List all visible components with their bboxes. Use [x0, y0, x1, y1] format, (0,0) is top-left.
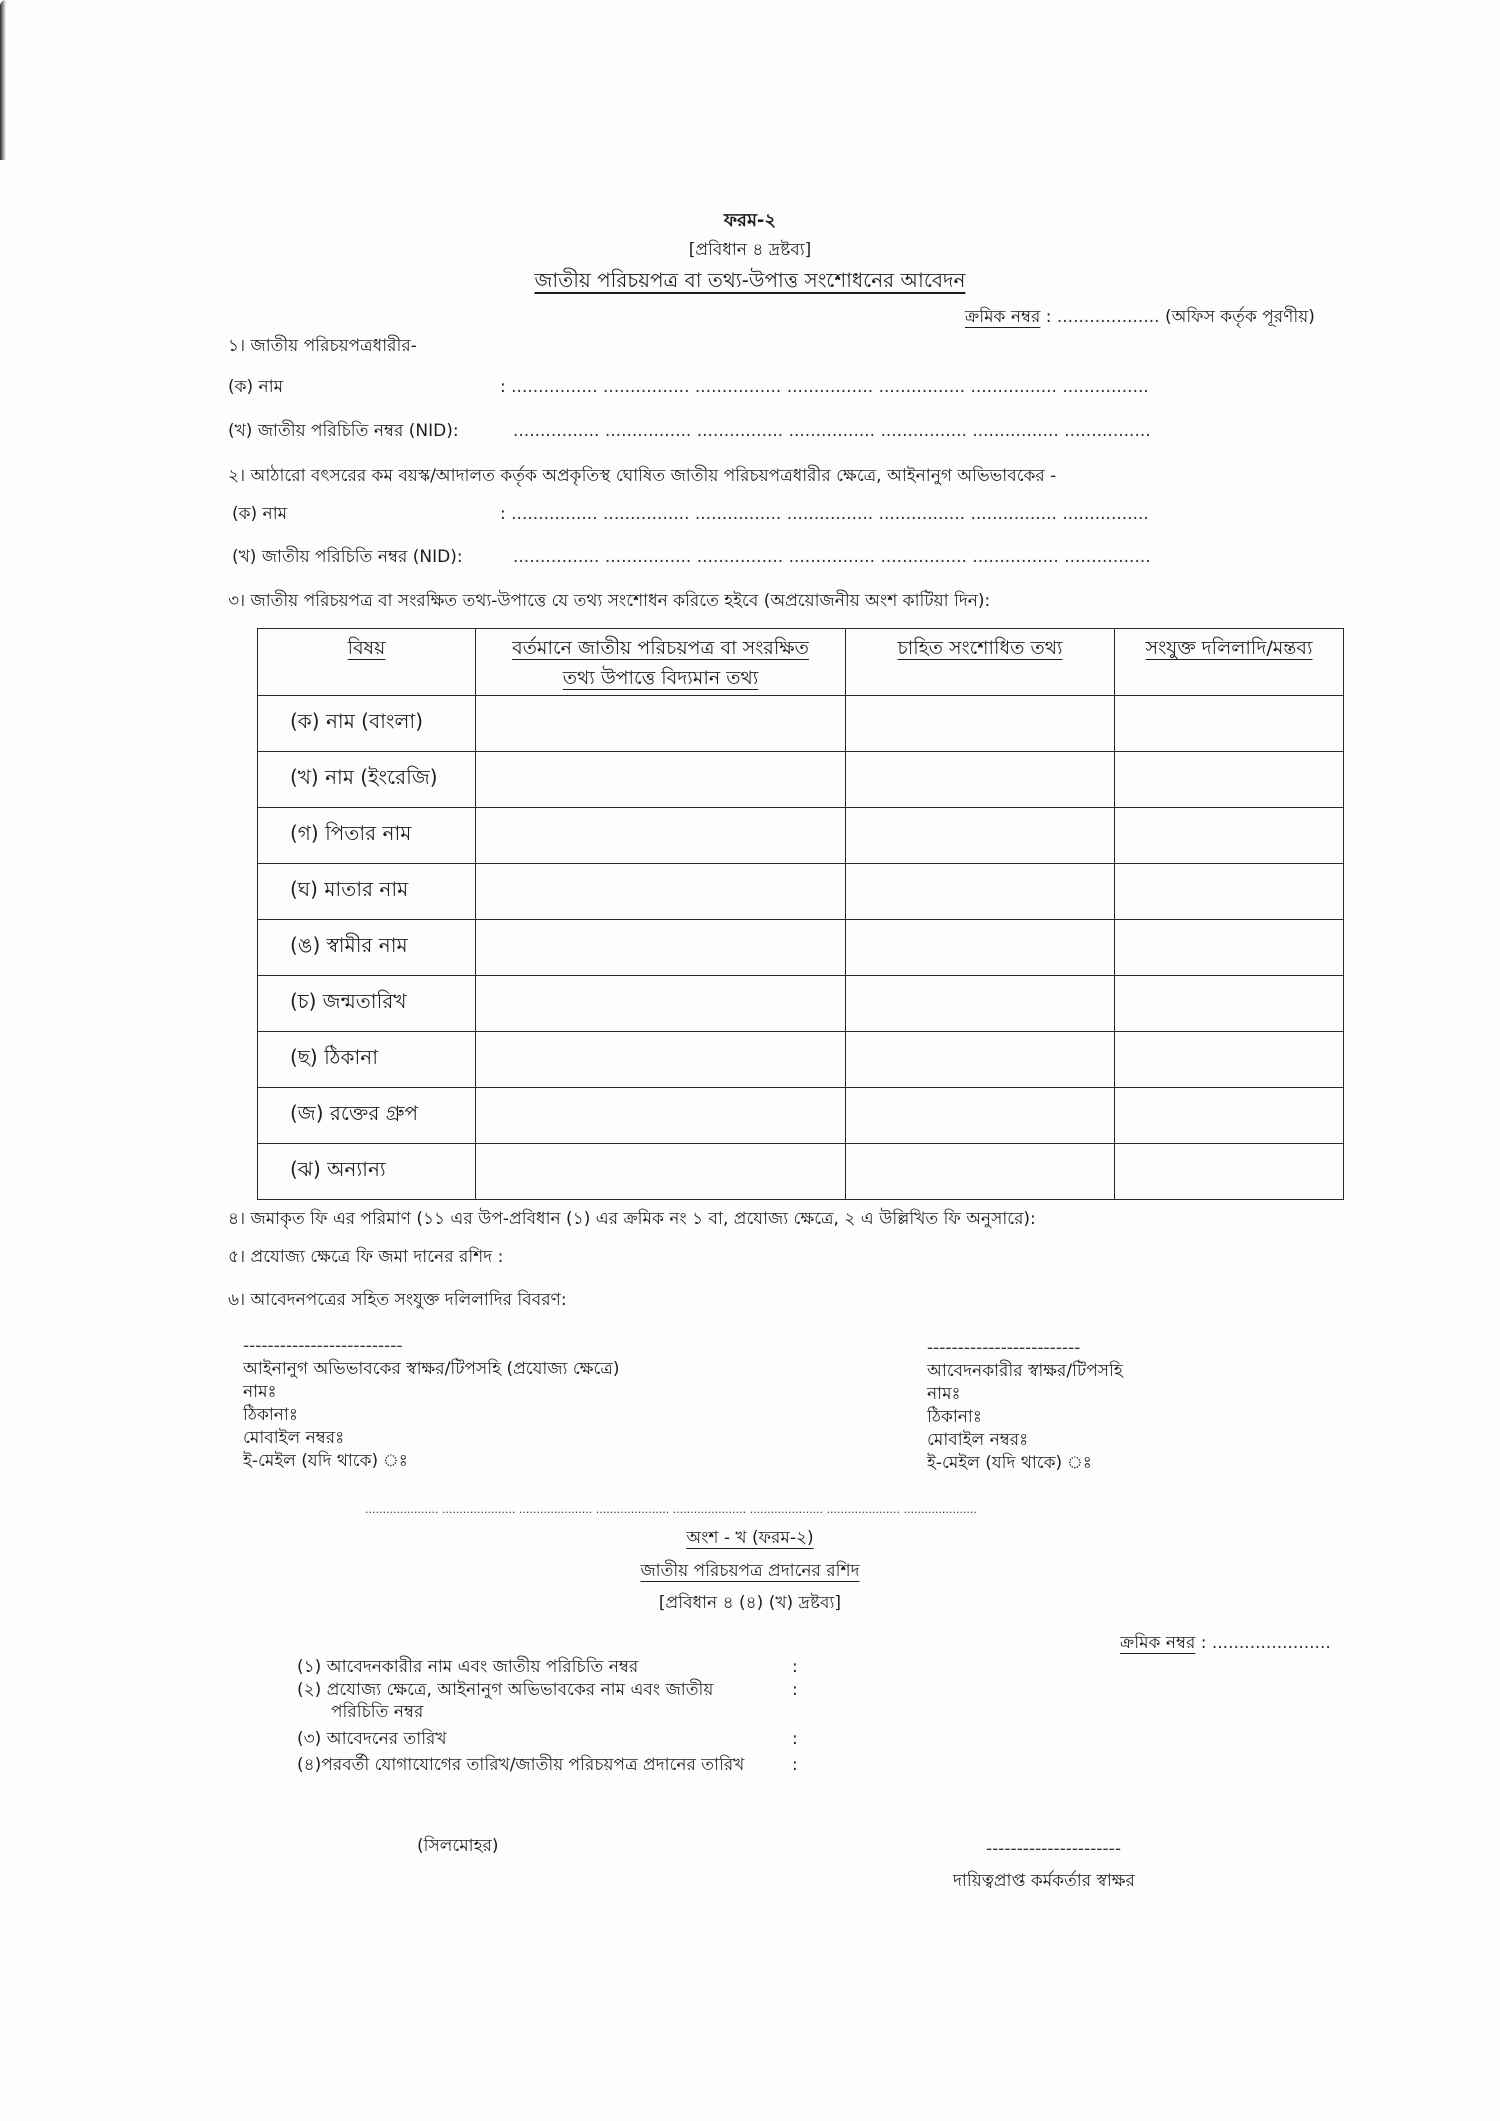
section-5-fee-receipt: ৫। প্রযোজ্য ক্ষেত্রে ফি জমা দানের রশিদ : — [228, 1246, 503, 1268]
receipt-item-application-date: (৩) আবেদনের তারিখ — [297, 1729, 447, 1750]
guardian-name-field-label: নামঃ — [243, 1381, 620, 1404]
existing-info-cell[interactable] — [476, 696, 846, 752]
rule-reference: [প্রবিধান ৪ দ্রষ্টব্য] — [689, 237, 812, 265]
guardian-signature-line[interactable]: -------------------------- — [243, 1335, 620, 1358]
existing-info-cell[interactable] — [476, 920, 846, 976]
table-row: (গ) পিতার নাম — [258, 808, 1344, 864]
seal-label: (সিলমোহর) — [417, 1835, 499, 1857]
applicant-mobile-label: মোবাইল নম্বরঃ — [927, 1429, 1123, 1452]
guardian-email-label: ই-মেইল (যদি থাকে) ঃ — [243, 1450, 620, 1473]
office-use-note: (অফিস কর্তৃক পূরণীয়) — [1160, 307, 1315, 327]
existing-info-cell[interactable] — [476, 864, 846, 920]
applicant-address-label: ঠিকানাঃ — [927, 1406, 1123, 1429]
existing-info-cell[interactable] — [476, 976, 846, 1032]
remarks-cell[interactable] — [1115, 752, 1344, 808]
existing-info-cell[interactable] — [476, 1032, 846, 1088]
section-2-heading: ২। আঠারো বৎসরের কম বয়স্ক/আদালত কর্তৃক অ… — [228, 465, 1056, 487]
receipt-item-delivery-date: (৪)পরবর্তী যোগাযোগের তারিখ/জাতীয় পরিচয়… — [297, 1755, 744, 1776]
row-subject: (ক) নাম (বাংলা) — [258, 696, 476, 752]
column-header-existing-info: বর্তমানে জাতীয় পরিচয়পত্র বা সংরক্ষিত ত… — [476, 629, 846, 696]
remarks-cell[interactable] — [1115, 920, 1344, 976]
receipt-item-guardian-name-nid-cont: পরিচিতি নম্বর — [331, 1702, 423, 1723]
requested-correction-cell[interactable] — [846, 808, 1115, 864]
receipt-item-applicant-name-nid: (১) আবেদনকারীর নাম এবং জাতীয় পরিচিতি নম… — [297, 1657, 638, 1678]
requested-correction-cell[interactable] — [846, 1088, 1115, 1144]
cut-line: ..................... ..................… — [365, 1503, 977, 1516]
existing-info-cell[interactable] — [476, 752, 846, 808]
guardian-mobile-label: মোবাইল নম্বরঃ — [243, 1427, 620, 1450]
requested-correction-cell[interactable] — [846, 920, 1115, 976]
holder-nid-label: (খ) জাতীয় পরিচিতি নম্বর (NID): — [228, 420, 459, 442]
receipt-title: জাতীয় পরিচয়পত্র প্রদানের রশিদ — [640, 1560, 859, 1582]
row-subject: (ঘ) মাতার নাম — [258, 864, 476, 920]
guardian-nid-field[interactable]: ................ ................ ......… — [513, 546, 1151, 568]
holder-name-label: (ক) নাম — [228, 376, 283, 398]
row-subject: (চ) জন্মতারিখ — [258, 976, 476, 1032]
form-number: ফরম-২ — [724, 206, 776, 237]
row-subject: (জ) রক্তের গ্রুপ — [258, 1088, 476, 1144]
amendment-table: বিষয় বর্তমানে জাতীয় পরিচয়পত্র বা সংরক… — [257, 628, 1344, 1200]
requested-correction-cell[interactable] — [846, 864, 1115, 920]
table-row: (ছ) ঠিকানা — [258, 1032, 1344, 1088]
remarks-cell[interactable] — [1115, 1144, 1344, 1200]
section-4-fee-amount: ৪। জমাকৃত ফি এর পরিমাণ (১১ এর উপ-প্রবিধা… — [228, 1208, 1036, 1230]
section-1-heading: ১। জাতীয় পরিচয়পত্রধারীর- — [228, 335, 417, 357]
table-row: (ঘ) মাতার নাম — [258, 864, 1344, 920]
holder-name-field[interactable]: : ................ ................ ....… — [500, 376, 1149, 398]
requested-correction-cell[interactable] — [846, 696, 1115, 752]
officer-signature-label: দায়িত্বপ্রাপ্ত কর্মকর্তার স্বাক্ষর — [953, 1870, 1135, 1892]
guardian-address-label: ঠিকানাঃ — [243, 1404, 620, 1427]
receipt-item-guardian-name-nid: (২) প্রযোজ্য ক্ষেত্রে, আইনানুগ অভিভাবকের… — [297, 1680, 713, 1701]
serial-number-label: ক্রমিক নম্বর — [965, 307, 1040, 327]
remarks-cell[interactable] — [1115, 808, 1344, 864]
table-row: (ঙ) স্বামীর নাম — [258, 920, 1344, 976]
applicant-name-label: নামঃ — [927, 1383, 1123, 1406]
requested-correction-cell[interactable] — [846, 752, 1115, 808]
applicant-signature-line[interactable]: ------------------------- — [927, 1337, 1123, 1360]
column-header-requested-correction: চাহিত সংশোধিত তথ্য — [846, 629, 1115, 696]
row-subject: (ঝ) অন্যান্য — [258, 1144, 476, 1200]
applicant-signature-title: আবেদনকারীর স্বাক্ষর/টিপসহি — [927, 1360, 1123, 1383]
requested-correction-cell[interactable] — [846, 976, 1115, 1032]
form-title: জাতীয় পরিচয়পত্র বা তথ্য-উপাত্ত সংশোধনে… — [535, 266, 966, 299]
officer-signature-line[interactable]: ---------------------- — [986, 1838, 1121, 1860]
receipt-serial-label: ক্রমিক নম্বর — [1120, 1633, 1195, 1653]
receipt-serial-row: ক্রমিক নম্বর : ...................... — [1120, 1632, 1331, 1654]
column-header-subject: বিষয় — [258, 629, 476, 696]
table-row: (জ) রক্তের গ্রুপ — [258, 1088, 1344, 1144]
guardian-signature-title: আইনানুগ অভিভাবকের স্বাক্ষর/টিপসহি (প্রযো… — [243, 1358, 620, 1381]
receipt-part-label: অংশ - খ (ফরম-২) — [686, 1527, 813, 1549]
row-subject: (গ) পিতার নাম — [258, 808, 476, 864]
column-header-attachments-remarks: সংযুক্ত দলিলাদি/মন্তব্য — [1115, 629, 1344, 696]
remarks-cell[interactable] — [1115, 864, 1344, 920]
receipt-rule-reference: [প্রবিধান ৪ (৪) (খ) দ্রষ্টব্য] — [659, 1592, 841, 1614]
table-row: (খ) নাম (ইংরেজি) — [258, 752, 1344, 808]
existing-info-cell[interactable] — [476, 1088, 846, 1144]
requested-correction-cell[interactable] — [846, 1144, 1115, 1200]
row-subject: (ছ) ঠিকানা — [258, 1032, 476, 1088]
guardian-name-label: (ক) নাম — [232, 503, 287, 525]
holder-nid-field[interactable]: ................ ................ ......… — [513, 420, 1151, 442]
serial-number-field[interactable]: ................... — [1057, 307, 1160, 327]
table-row: (ঝ) অন্যান্য — [258, 1144, 1344, 1200]
guardian-name-field[interactable]: : ................ ................ ....… — [500, 503, 1149, 525]
existing-info-cell[interactable] — [476, 808, 846, 864]
table-row: (চ) জন্মতারিখ — [258, 976, 1344, 1032]
scan-edge — [0, 0, 6, 160]
table-header-row: বিষয় বর্তমানে জাতীয় পরিচয়পত্র বা সংরক… — [258, 629, 1344, 696]
row-subject: (ঙ) স্বামীর নাম — [258, 920, 476, 976]
remarks-cell[interactable] — [1115, 696, 1344, 752]
applicant-signature-block: ------------------------- আবেদনকারীর স্ব… — [927, 1337, 1123, 1475]
remarks-cell[interactable] — [1115, 1088, 1344, 1144]
applicant-email-label: ই-মেইল (যদি থাকে) ঃ — [927, 1452, 1123, 1475]
guardian-nid-label: (খ) জাতীয় পরিচিতি নম্বর (NID): — [232, 546, 463, 568]
guardian-signature-block: -------------------------- আইনানুগ অভিভা… — [243, 1335, 620, 1473]
requested-correction-cell[interactable] — [846, 1032, 1115, 1088]
table-row: (ক) নাম (বাংলা) — [258, 696, 1344, 752]
row-subject: (খ) নাম (ইংরেজি) — [258, 752, 476, 808]
receipt-serial-field[interactable]: ...................... — [1212, 1633, 1331, 1653]
serial-number-row: ক্রমিক নম্বর : ................... (অফিস… — [965, 306, 1315, 328]
section-6-attachments: ৬। আবেদনপত্রের সহিত সংযুক্ত দলিলাদির বিব… — [228, 1289, 567, 1311]
remarks-cell[interactable] — [1115, 1032, 1344, 1088]
existing-info-cell[interactable] — [476, 1144, 846, 1200]
section-3-heading: ৩। জাতীয় পরিচয়পত্র বা সংরক্ষিত তথ্য-উপ… — [228, 590, 990, 612]
remarks-cell[interactable] — [1115, 976, 1344, 1032]
